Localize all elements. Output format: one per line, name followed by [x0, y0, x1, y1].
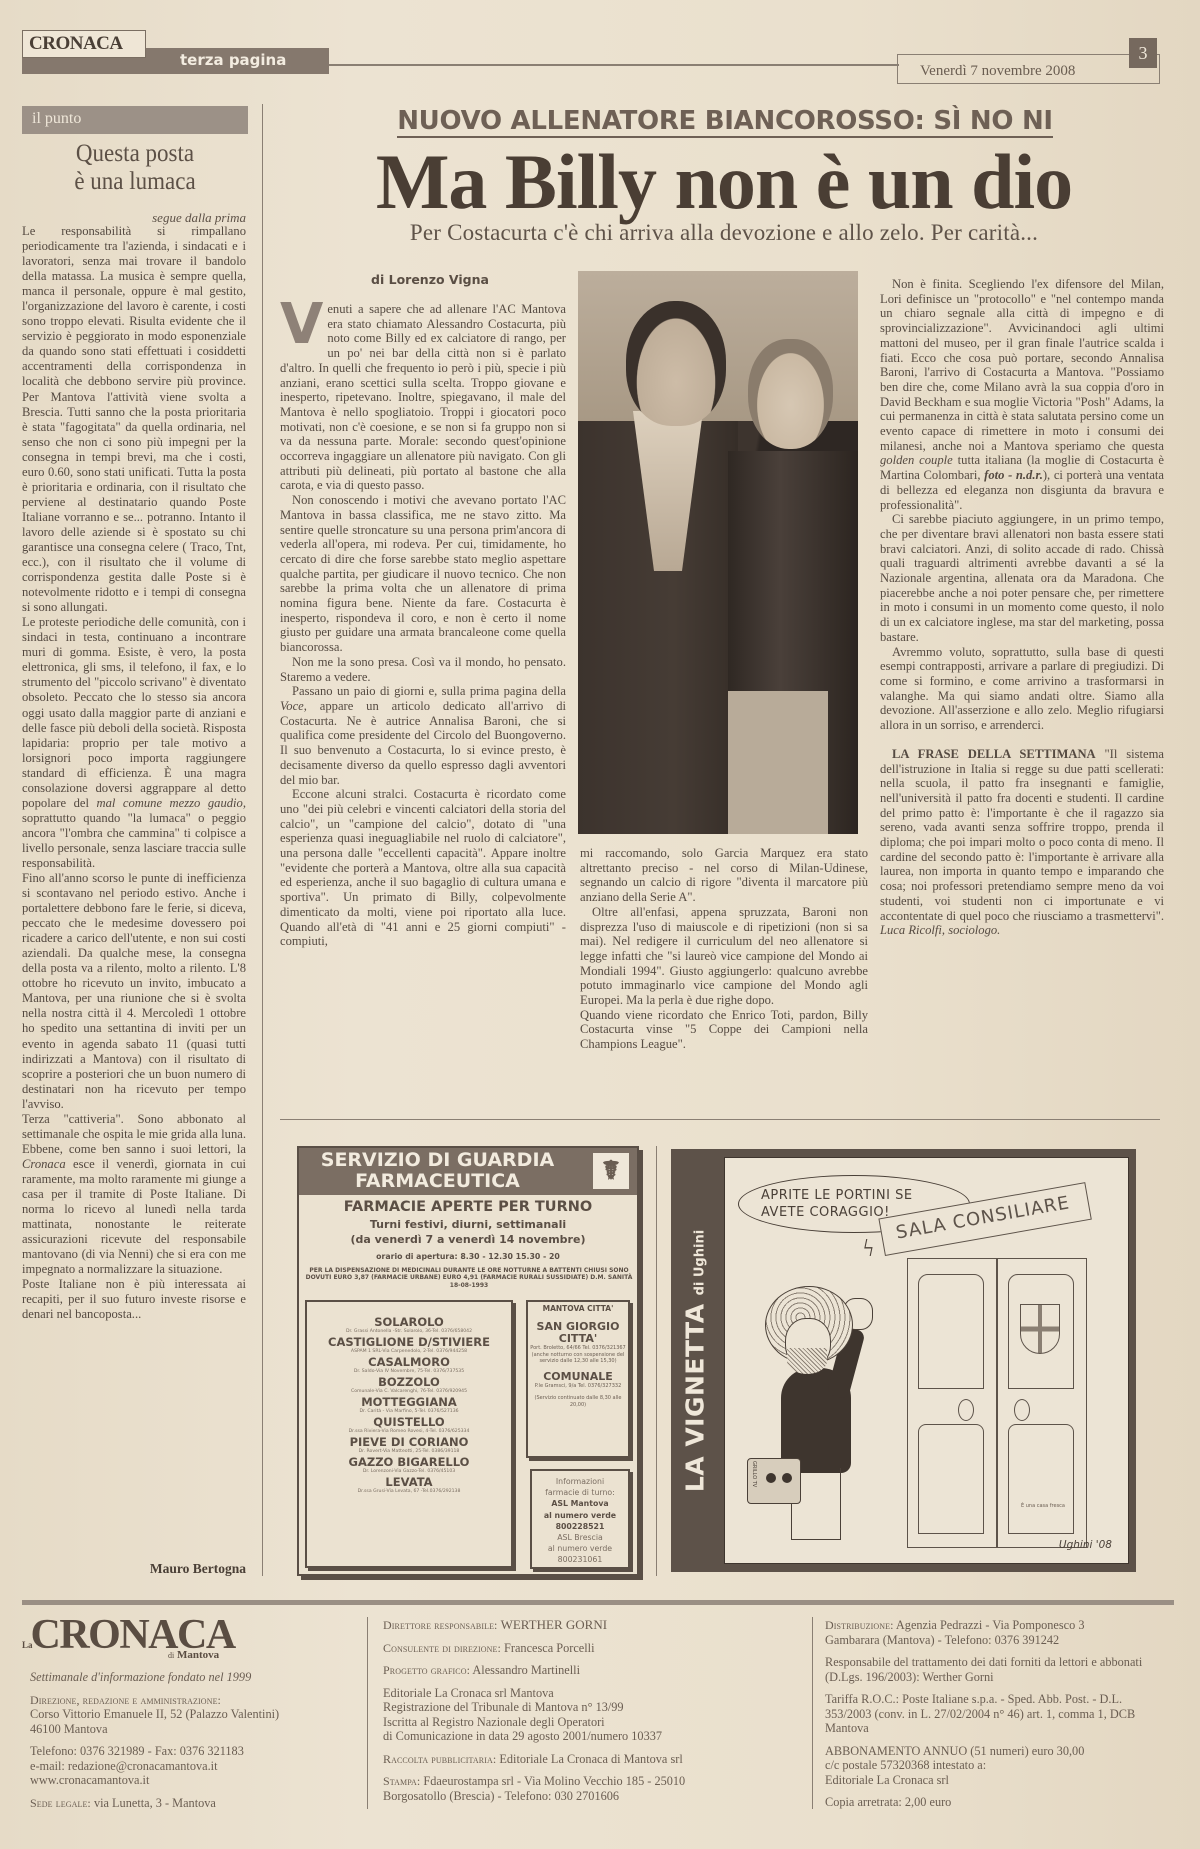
- pharmacy-town: MOTTEGGIANA: [307, 1396, 511, 1408]
- pharmacy-title: SERVIZIO DI GUARDIA FARMACEUTICA: [305, 1150, 570, 1192]
- header-rule: [329, 64, 899, 66]
- column-divider: [367, 1617, 368, 1809]
- paragraph: Non è finita. Scegliendo l'ex difensore …: [880, 277, 1164, 512]
- pharmacy-name: SAN GIORGIO CITTA': [528, 1321, 628, 1345]
- colophon-column-3: Distribuzione: Agenzia Pedrazzi - Via Po…: [825, 1618, 1170, 1810]
- section-label: terza pagina: [180, 51, 286, 69]
- lightning-icon: ϟ: [863, 1236, 874, 1263]
- article-kicker: NUOVO ALLENATORE BIANCOROSSO: SÌ NO NI: [290, 106, 1160, 136]
- tagline: Settimanale d'informazione fondato nel 1…: [30, 1670, 350, 1685]
- sidebar-article-title: Questa posta è una lumaca: [31, 140, 239, 196]
- website-link[interactable]: www.cronacamantova.it: [30, 1773, 350, 1788]
- pharmacy-address: ASPAM 1 SRL-Via Carpenedolo, 2-Tel. 0376…: [307, 1348, 511, 1355]
- pharmacy-address: Dr. Lorenzoni-Via Gazzo-Tel. 0376/45103: [307, 1468, 511, 1475]
- paragraph: Oltre all'enfasi, appena spruzzata, Baro…: [580, 905, 868, 1008]
- quote-label: LA FRASE DELLA SETTIMANA: [892, 747, 1096, 761]
- paragraph: Quando viene ricordato che Enrico Toti, …: [580, 1008, 868, 1052]
- colophon-column-2: Direttore responsabile: WERTHER GORNI Co…: [383, 1618, 793, 1803]
- pharmacy-town: LEVATA: [307, 1476, 511, 1488]
- pharmacy-town: PIEVE DI CORIANO: [307, 1436, 511, 1448]
- pharmacy-address: Dr. Grassi Antonella -Str. Solarolo, 36-…: [307, 1328, 511, 1335]
- pharmacy-header: SERVIZIO DI GUARDIA FARMACEUTICA ☤: [299, 1148, 637, 1195]
- drop-cap: V: [280, 303, 323, 347]
- pharmacy-turni: Turni festivi, diurni, settimanali: [299, 1218, 637, 1231]
- phone-fax: Telefono: 0376 321989 - Fax: 0376 321183: [30, 1744, 350, 1759]
- pharmacy-town: QUISTELLO: [307, 1416, 511, 1428]
- pharmacy-detail: P.le Gramsci, 9/a Tel. 0376/327332: [528, 1383, 628, 1390]
- phone-number: 800228521: [532, 1521, 628, 1532]
- article-headline: Ma Billy non è un dio: [284, 140, 1164, 224]
- column-divider: [262, 104, 263, 1576]
- cartoon-title: LA VIGNETTA: [681, 1303, 710, 1492]
- paragraph: Avremmo voluto, soprattutto, sulla base …: [880, 645, 1164, 733]
- author-signature: Mauro Bertogna: [22, 1561, 246, 1577]
- cartoonist-signature: Ughini '08: [1059, 1539, 1112, 1551]
- section-divider: [280, 1119, 1160, 1120]
- caduceus-icon: ☤: [593, 1153, 629, 1189]
- pharmacy-info-box: Informazioni farmacie di turno: ASL Mant…: [530, 1469, 630, 1569]
- pharmacy-address: Dr. Carità - Via Marfino, 5-Tel. 0376/52…: [307, 1408, 511, 1415]
- pharmacy-address: Dr.ssa Riviera-Via Romeo Rovesi, 4-Tel. …: [307, 1428, 511, 1435]
- paragraph: Ci sarebbe piaciuto aggiungere, in un pr…: [880, 512, 1164, 644]
- byline: di Lorenzo Vigna: [290, 272, 570, 287]
- pharmacy-address: Dr. Saldo-Via IV Novembre, 75-Tel. 0376/…: [307, 1368, 511, 1375]
- pharmacy-box: SERVIZIO DI GUARDIA FARMACEUTICA ☤ FARMA…: [297, 1146, 639, 1576]
- coat-of-arms-icon: [1020, 1304, 1060, 1354]
- pharmacy-range: (da venerdì 7 a venerdì 14 novembre): [299, 1233, 637, 1246]
- pharmacy-list: SOLAROLO Dr. Grassi Antonella -Str. Sola…: [305, 1300, 513, 1568]
- phone-number: 800231061: [532, 1554, 628, 1565]
- cartoon-author: di Ughini: [693, 1230, 708, 1296]
- issue-date: Venerdì 7 novembre 2008: [897, 54, 1160, 84]
- pharmacy-town: CASTIGLIONE D/STIVIERE: [307, 1336, 511, 1348]
- paragraph: Non me la sono presa. Così va il mondo, …: [280, 655, 566, 684]
- man-portrait: [626, 301, 726, 426]
- pharmacy-address: Dr. Rovert-Via Matteotti, 25-Tel. 0386/3…: [307, 1448, 511, 1455]
- council-door: È una casa fresca: [907, 1258, 1087, 1548]
- page-number: 3: [1129, 38, 1157, 68]
- paragraph: Venuti a sapere che ad allenare l'AC Man…: [280, 302, 566, 493]
- tv-icon: GRILLO TV: [747, 1458, 801, 1504]
- pharmacy-town: SOLAROLO: [307, 1316, 511, 1328]
- cartoon-box: LA VIGNETTAdi Ughini APRITE LE PORTINI S…: [671, 1149, 1136, 1572]
- title-line-2: è una lumaca: [31, 168, 239, 196]
- article-column-1: Venuti a sapere che ad allenare l'AC Man…: [280, 302, 566, 949]
- paragraph: Terza "cattiveria". Sono abbonato al set…: [22, 1112, 246, 1278]
- colophon-column-1: Settimanale d'informazione fondato nel 1…: [30, 1670, 350, 1810]
- masthead-logo: CRONACA: [22, 30, 146, 58]
- paragraph: Fino all'anno scorso le punte di ineffic…: [22, 871, 246, 1112]
- section-tag-il-punto: il punto: [22, 106, 248, 134]
- title-line-1: Questa posta: [31, 140, 239, 168]
- pharmacy-detail: (Servizio continuato dalle 8,30 alle 20,…: [528, 1395, 628, 1408]
- paragraph: mi raccomando, solo Garcia Marquez era s…: [580, 846, 868, 905]
- woman-portrait: [748, 339, 833, 449]
- paragraph: Le responsabilità si rimpallano periodic…: [22, 224, 246, 615]
- pharmacy-address: Dr.ssa Grusi-Via Levata, 67 -Tel.0376/29…: [307, 1488, 511, 1495]
- article-column-3: Non è finita. Scegliendo l'ex difensore …: [880, 277, 1164, 938]
- pharmacy-town: BOZZOLO: [307, 1376, 511, 1388]
- paragraph: Passano un paio di giorni e, sulla prima…: [280, 684, 566, 787]
- pharmacy-town: GAZZO BIGARELLO: [307, 1456, 511, 1468]
- pharmacy-town: CASALMORO: [307, 1356, 511, 1368]
- paragraph: Le proteste periodiche delle comunità, c…: [22, 615, 246, 871]
- paragraph: Non conoscendo i motivi che avevano port…: [280, 493, 566, 655]
- pharmacy-note: PER LA DISPENSAZIONE DI MEDICINALI DURAN…: [305, 1267, 633, 1289]
- article-column-2: mi raccomando, solo Garcia Marquez era s…: [580, 846, 868, 1052]
- email-link[interactable]: e-mail: redazione@cronacamantova.it: [30, 1759, 350, 1774]
- footer-logo-sub: di Mantova: [168, 1649, 219, 1661]
- paragraph: Eccone alcuni stralci. Costacurta è rico…: [280, 787, 566, 949]
- pharmacy-address: Comunale-Via C. Valcarenghi, 76-Tel. 037…: [307, 1388, 511, 1395]
- column-divider: [812, 1617, 813, 1809]
- pharmacy-hours: orario di apertura: 8.30 - 12.30 15.30 -…: [299, 1252, 637, 1261]
- city-header: MANTOVA CITTA': [528, 1304, 628, 1313]
- footer-rule: [22, 1600, 1174, 1605]
- sidebar-article-body: Le responsabilità si rimpallano periodic…: [22, 224, 246, 1322]
- column-divider: [656, 1146, 657, 1576]
- article-subhead: Per Costacurta c'è chi arriva alla devoz…: [284, 220, 1164, 246]
- cartoon-label: LA VIGNETTAdi Ughini: [671, 1149, 719, 1572]
- pharmacy-name: COMUNALE: [528, 1371, 628, 1383]
- paragraph: Poste Italiane non è più interessata ai …: [22, 1277, 246, 1322]
- cartoon-illustration: APRITE LE PORTINI SE AVETE CORAGGIO! ϟ È…: [724, 1157, 1129, 1564]
- quote-of-the-week: LA FRASE DELLA SETTIMANA "Il sistema del…: [880, 747, 1164, 938]
- pharmacy-mantova-city: MANTOVA CITTA' SAN GIORGIO CITTA' Port. …: [526, 1300, 630, 1458]
- article-photo: [578, 271, 858, 834]
- pharmacy-subtitle: FARMACIE APERTE PER TURNO: [299, 1199, 637, 1215]
- pharmacy-detail: Port. Broletto, 64/66 Tel. 0376/321367 (…: [528, 1345, 628, 1365]
